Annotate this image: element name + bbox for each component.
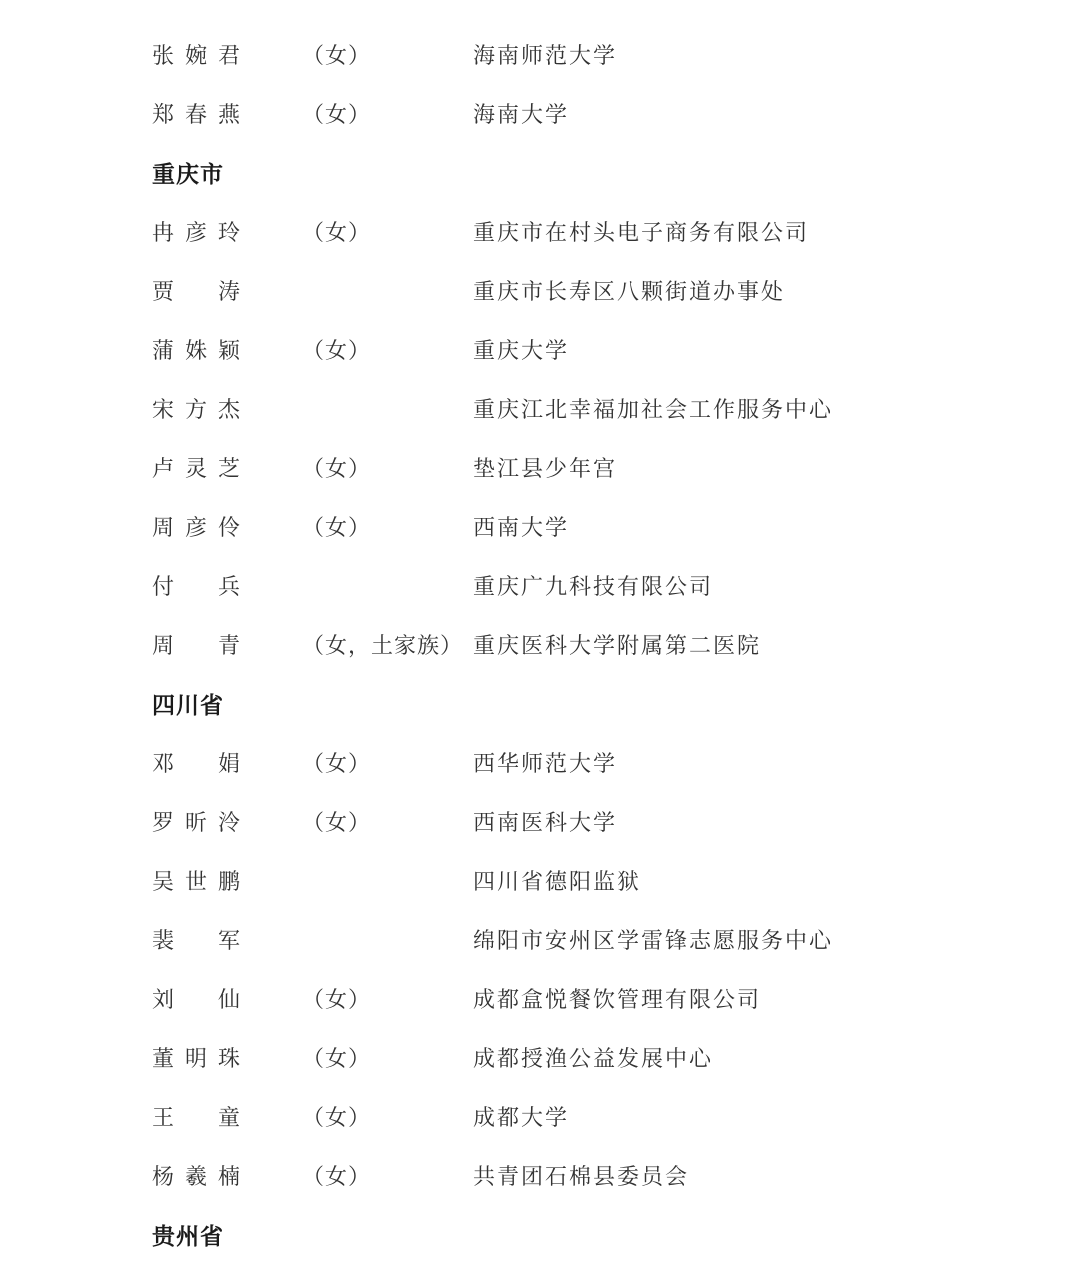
person-name: 蒲姝颖: [152, 334, 240, 365]
table-row: 刘仙 （女） 成都盒悦餐饮管理有限公司: [0, 969, 1080, 1028]
person-name: 裴军: [152, 924, 240, 955]
person-organization: 成都授渔公益发展中心: [473, 1042, 1020, 1073]
document-page: 张婉君 （女） 海南师范大学 郑春燕 （女） 海南大学 重庆市 冉彦玲 （女） …: [0, 0, 1080, 1276]
person-organization: 海南大学: [473, 98, 1020, 129]
person-name: 刘仙: [152, 983, 240, 1014]
table-row: 裴军 绵阳市安州区学雷锋志愿服务中心: [0, 910, 1080, 969]
person-organization: 重庆市在村头电子商务有限公司: [473, 216, 1020, 247]
table-row: 贾涛 重庆市长寿区八颗街道办事处: [0, 261, 1080, 320]
section-header: 重庆市: [0, 143, 1080, 202]
person-name: 付兵: [152, 570, 240, 601]
person-gender: （女）: [302, 511, 473, 542]
table-row: 周青 （女，土家族） 重庆医科大学附属第二医院: [0, 615, 1080, 674]
person-organization: 重庆医科大学附属第二医院: [473, 629, 1020, 660]
table-row: 杨羲楠 （女） 共青团石棉县委员会: [0, 1146, 1080, 1205]
table-row: 周彦伶 （女） 西南大学: [0, 497, 1080, 556]
person-gender: （女）: [302, 747, 473, 778]
person-gender: （女）: [302, 39, 473, 70]
person-gender: （女）: [302, 334, 473, 365]
section-header: 四川省: [0, 674, 1080, 733]
table-row: 罗昕泠 （女） 西南医科大学: [0, 792, 1080, 851]
person-gender: （女）: [302, 452, 473, 483]
table-row: 吴世鹏 四川省德阳监狱: [0, 851, 1080, 910]
person-organization: 绵阳市安州区学雷锋志愿服务中心: [473, 924, 1020, 955]
section-header: 贵州省: [0, 1205, 1080, 1264]
table-row: 王童 （女） 成都大学: [0, 1087, 1080, 1146]
person-organization: 重庆市长寿区八颗街道办事处: [473, 275, 1020, 306]
section-title: 四川省: [152, 687, 1020, 720]
person-organization: 海南师范大学: [473, 39, 1020, 70]
person-organization: 四川省德阳监狱: [473, 865, 1020, 896]
person-gender: （女）: [302, 1101, 473, 1132]
person-gender: （女）: [302, 983, 473, 1014]
person-organization: 垫江县少年宫: [473, 452, 1020, 483]
table-row: 卢灵芝 （女） 垫江县少年宫: [0, 438, 1080, 497]
person-organization: 西华师范大学: [473, 747, 1020, 778]
name-list: 张婉君 （女） 海南师范大学 郑春燕 （女） 海南大学 重庆市 冉彦玲 （女） …: [0, 25, 1080, 1264]
person-name: 杨羲楠: [152, 1160, 240, 1191]
table-row: 付兵 重庆广九科技有限公司: [0, 556, 1080, 615]
table-row: 邓娟 （女） 西华师范大学: [0, 733, 1080, 792]
person-organization: 重庆江北幸福加社会工作服务中心: [473, 393, 1020, 424]
person-name: 冉彦玲: [152, 216, 240, 247]
person-gender: （女）: [302, 806, 473, 837]
person-name: 周青: [152, 629, 240, 660]
person-gender: （女）: [302, 1042, 473, 1073]
person-name: 张婉君: [152, 39, 240, 70]
table-row: 冉彦玲 （女） 重庆市在村头电子商务有限公司: [0, 202, 1080, 261]
person-name: 邓娟: [152, 747, 240, 778]
person-gender: （女）: [302, 1160, 473, 1191]
person-organization: 西南医科大学: [473, 806, 1020, 837]
person-organization: 共青团石棉县委员会: [473, 1160, 1020, 1191]
person-gender: （女，土家族）: [302, 629, 473, 660]
person-gender: （女）: [302, 216, 473, 247]
table-row: 郑春燕 （女） 海南大学: [0, 84, 1080, 143]
table-row: 宋方杰 重庆江北幸福加社会工作服务中心: [0, 379, 1080, 438]
table-row: 张婉君 （女） 海南师范大学: [0, 25, 1080, 84]
person-organization: 西南大学: [473, 511, 1020, 542]
table-row: 董明珠 （女） 成都授渔公益发展中心: [0, 1028, 1080, 1087]
person-organization: 重庆广九科技有限公司: [473, 570, 1020, 601]
person-name: 吴世鹏: [152, 865, 240, 896]
person-name: 卢灵芝: [152, 452, 240, 483]
person-name: 宋方杰: [152, 393, 240, 424]
table-row: 蒲姝颖 （女） 重庆大学: [0, 320, 1080, 379]
person-name: 董明珠: [152, 1042, 240, 1073]
person-organization: 成都大学: [473, 1101, 1020, 1132]
person-organization: 重庆大学: [473, 334, 1020, 365]
section-title: 重庆市: [152, 156, 1020, 189]
person-name: 罗昕泠: [152, 806, 240, 837]
person-gender: （女）: [302, 98, 473, 129]
person-name: 王童: [152, 1101, 240, 1132]
person-organization: 成都盒悦餐饮管理有限公司: [473, 983, 1020, 1014]
section-title: 贵州省: [152, 1218, 1020, 1251]
person-name: 郑春燕: [152, 98, 240, 129]
person-name: 周彦伶: [152, 511, 240, 542]
person-name: 贾涛: [152, 275, 240, 306]
